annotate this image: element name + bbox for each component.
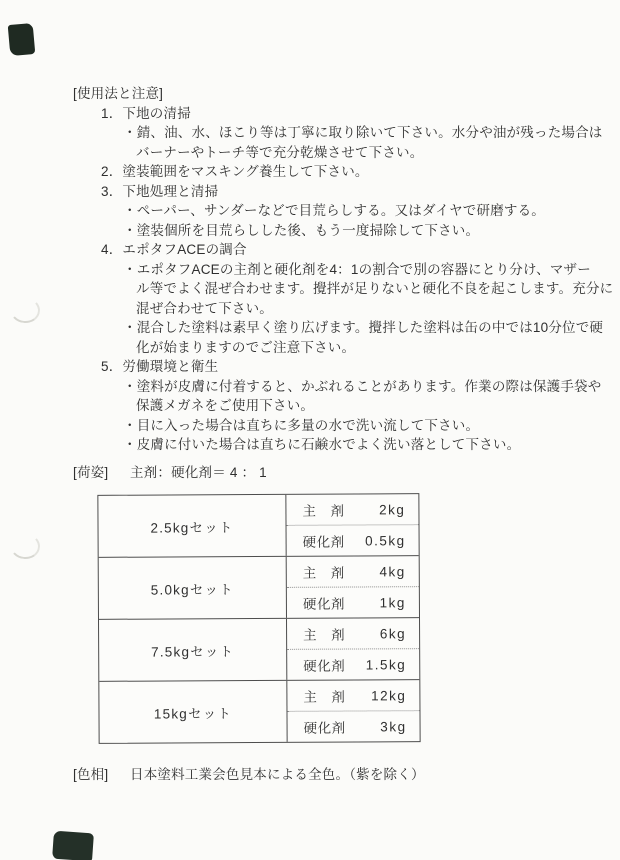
usage-line: ・ペーパー、サンダーなどで目荒らしする。又はダイヤで研磨する。 [123, 201, 583, 221]
package-size-table: 2.5kgセット 主 剤 2kg 硬化剤 0.5kg 5.0kgセット [97, 493, 420, 744]
agent-column: 主 剤 6kg 硬化剤 1.5kg [287, 618, 419, 680]
main-agent-cell: 主 剤 4kg [287, 556, 419, 588]
hardener-amount: 1.5kg [366, 657, 407, 672]
hardener-cell: 硬化剤 1kg [287, 587, 419, 618]
scanned-document-page: [使用法と注意] 1．下地の清掃 ・錆、油、水、ほこり等は丁寧に取り除いて下さい… [0, 0, 620, 860]
hardener-label: 硬化剤 [303, 655, 345, 675]
usage-line: ・皮膚に付いた場合は直ちに石鹸水でよく洗い落として下さい。 [123, 435, 583, 455]
hardener-amount: 3kg [380, 719, 406, 734]
hue-text: 日本塗料工業会色見本による全色。（紫を除く） [130, 765, 425, 785]
main-agent-amount: 2kg [379, 502, 405, 517]
set-size-cell: 7.5kgセット [99, 619, 287, 681]
hardener-cell: 硬化剤 0.5kg [287, 525, 419, 556]
table-row: 5.0kgセット 主 剤 4kg 硬化剤 1kg [99, 555, 419, 619]
agent-column: 主 剤 12kg 硬化剤 3kg [287, 680, 419, 742]
main-agent-label: 主 剤 [303, 624, 345, 644]
main-agent-amount: 6kg [380, 626, 406, 641]
hardener-label: 硬化剤 [304, 717, 346, 737]
scan-corner-mark-bottom-left [52, 831, 94, 860]
main-agent-label: 主 剤 [302, 500, 344, 520]
set-size-cell: 2.5kgセット [98, 495, 286, 557]
set-size-cell: 5.0kgセット [99, 557, 287, 619]
hardener-amount: 1kg [380, 595, 406, 610]
usage-line: ・錆、油、水、ほこり等は丁寧に取り除いて下さい。水分や油が残った場合は [123, 123, 583, 143]
hardener-cell: 硬化剤 3kg [287, 711, 419, 742]
package-section-label: [荷姿] [73, 463, 130, 483]
usage-line: 化が始まりますのでご注意下さい。 [136, 338, 583, 358]
usage-line: 3．下地処理と清掃 [101, 182, 583, 202]
main-agent-cell: 主 剤 2kg [286, 494, 418, 526]
scan-corner-mark-top-left [8, 23, 36, 56]
scan-edge-smudge-upper [9, 296, 42, 325]
usage-line: ・混合した塗料は素早く塗り広げます。攪拌した塗料は缶の中では10分位で硬 [123, 318, 583, 338]
usage-section-header: [使用法と注意] [73, 84, 583, 104]
document-body: [使用法と注意] 1．下地の清掃 ・錆、油、水、ほこり等は丁寧に取り除いて下さい… [73, 84, 583, 785]
mix-ratio-text: 主剤：硬化剤＝ 4 ： 1 [130, 463, 267, 483]
usage-line: 5．労働環境と衛生 [101, 357, 583, 377]
usage-line: ・塗料が皮膚に付着すると、かぶれることがあります。作業の際は保護手袋や [123, 377, 583, 397]
usage-line: バーナーやトーチ等で充分乾燥させて下さい。 [136, 143, 583, 163]
hue-section-label: [色相] [73, 765, 130, 785]
table-row: 15kgセット 主 剤 12kg 硬化剤 3kg [99, 679, 419, 743]
usage-line: 混ぜ合わせて下さい。 [136, 299, 583, 319]
main-agent-cell: 主 剤 12kg [287, 680, 419, 712]
usage-line: ・塗装個所を目荒らしした後、もう一度掃除して下さい。 [123, 221, 583, 241]
main-agent-amount: 12kg [371, 688, 406, 703]
table-row: 7.5kgセット 主 剤 6kg 硬化剤 1.5kg [99, 617, 419, 681]
agent-column: 主 剤 2kg 硬化剤 0.5kg [286, 494, 418, 556]
hardener-amount: 0.5kg [365, 533, 406, 548]
hue-section: [色相] 日本塗料工業会色見本による全色。（紫を除く） [73, 765, 583, 785]
usage-line: 1．下地の清掃 [101, 104, 583, 124]
main-agent-label: 主 剤 [303, 686, 345, 706]
agent-column: 主 剤 4kg 硬化剤 1kg [287, 556, 419, 618]
usage-line: 保護メガネをご使用下さい。 [136, 396, 583, 416]
main-agent-label: 主 剤 [303, 562, 345, 582]
package-section: [荷姿] 主剤：硬化剤＝ 4 ： 1 2.5kgセット 主 剤 2kg 硬化剤 … [73, 463, 583, 744]
usage-line: ル等でよく混ぜ合わせます。攪拌が足りないと硬化不良を起こします。充分に [136, 279, 583, 299]
usage-line: ・目に入った場合は直ちに多量の水で洗い流して下さい。 [123, 416, 583, 436]
set-size-cell: 15kgセット [99, 681, 287, 743]
scan-edge-smudge-lower [9, 532, 42, 561]
usage-line: 4．エポタフACEの調合 [101, 240, 583, 260]
usage-line: 2．塗装範囲をマスキング養生して下さい。 [101, 162, 583, 182]
table-row: 2.5kgセット 主 剤 2kg 硬化剤 0.5kg [98, 494, 418, 557]
usage-line: ・エポタフACEの主剤と硬化剤を4：1の割合で別の容器にとり分け、マザー [123, 260, 583, 280]
hardener-label: 硬化剤 [303, 593, 345, 613]
main-agent-amount: 4kg [379, 564, 405, 579]
hardener-cell: 硬化剤 1.5kg [287, 649, 419, 680]
usage-section: [使用法と注意] 1．下地の清掃 ・錆、油、水、ほこり等は丁寧に取り除いて下さい… [73, 84, 583, 455]
main-agent-cell: 主 剤 6kg [287, 618, 419, 650]
hardener-label: 硬化剤 [303, 531, 345, 551]
